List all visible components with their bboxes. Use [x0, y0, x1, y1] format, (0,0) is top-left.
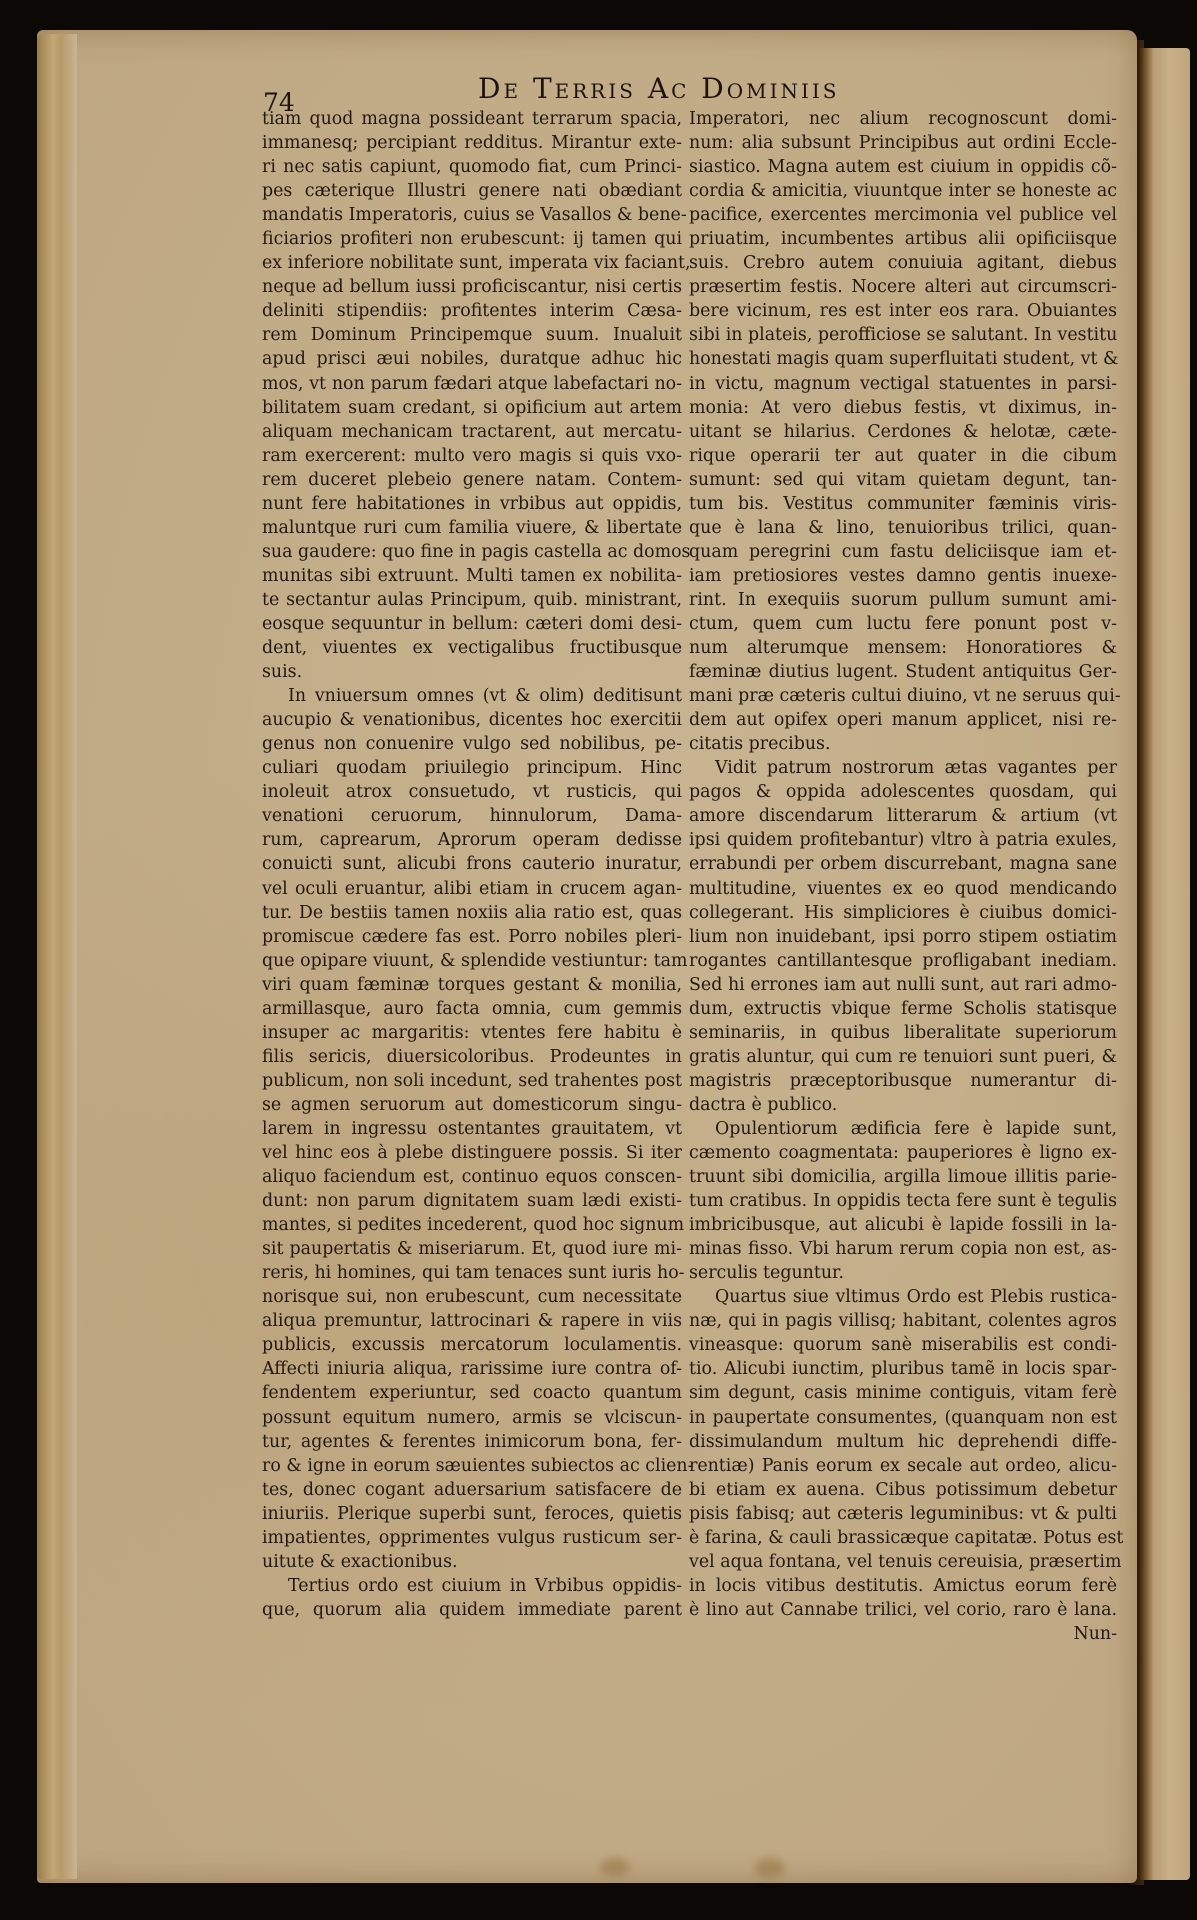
paper-stain [600, 1858, 630, 1876]
text-line: Vidit patrum nostrorum ætas vagantes per [689, 756, 1117, 780]
text-line: cordia & amicitia, viuuntque inter se ho… [689, 179, 1117, 203]
text-line: Affecti iniuria aliqua, rarissime iure c… [262, 1357, 682, 1381]
text-line: è lino aut Cannabe trilici, vel corio, r… [689, 1598, 1117, 1622]
text-line: dunt: non parum dignitatem suam lædi exi… [262, 1189, 682, 1213]
text-line: munitas sibi extruunt. Multi tamen ex no… [262, 564, 682, 588]
text-line: te sectantur aulas Principum, quib. mini… [262, 588, 682, 612]
text-line: culiari quodam priuilegio principum. Hin… [262, 756, 682, 780]
text-line: Imperatori, nec alium recognoscunt domi- [689, 107, 1117, 131]
text-line: bere vicinum, res est inter eos rara. Ob… [689, 299, 1117, 323]
next-page-edge [1138, 48, 1190, 1880]
text-line: fæminæ diutius lugent. Student antiquitu… [689, 660, 1117, 684]
text-line: publicum, non soli incedunt, sed trahent… [262, 1069, 682, 1093]
text-line: inoleuit atrox consuetudo, vt rusticis, … [262, 780, 682, 804]
catchword: Nun- [689, 1622, 1117, 1646]
text-line: tiam quod magna possideant terrarum spac… [262, 107, 682, 131]
text-line: armillasque, auro facta omnia, cum gemmi… [262, 997, 682, 1021]
text-line: filis sericis, diuersicoloribus. Prodeun… [262, 1045, 682, 1069]
text-line: larem in ingressu ostentantes grauitatem… [262, 1117, 682, 1141]
text-line: sua gaudere: quo fine in pagis castella … [262, 540, 682, 564]
text-line: Opulentiorum ædificia fere è lapide sunt… [689, 1117, 1117, 1141]
text-line: in paupertate consumentes, (quanquam non… [689, 1406, 1117, 1430]
text-line: tio. Alicubi iunctim, pluribus tamẽ in l… [689, 1357, 1117, 1381]
text-line: viri quam fæminæ torques gestant & monil… [262, 973, 682, 997]
text-line: vineasque: quorum sanè miserabilis est c… [689, 1333, 1117, 1357]
text-line: num: alia subsunt Principibus aut ordini… [689, 131, 1117, 155]
text-line: ipsi quidem profitebantur) vltro à patri… [689, 828, 1117, 852]
text-line: vel oculi eruantur, alibi etiam in cruce… [262, 877, 682, 901]
text-line: impatientes, opprimentes vulgus rusticum… [262, 1526, 682, 1550]
text-line: dent, viuentes ex vectigalibus fructibus… [262, 636, 682, 660]
text-line: mani præ cæteris cultui diuino, vt ne se… [689, 684, 1117, 708]
text-line: magistris præceptoribusque numerantur di… [689, 1069, 1117, 1093]
text-line: publicis, excussis mercatorum loculament… [262, 1333, 682, 1357]
text-line: rum, caprearum, Aprorum operam dedisse [262, 828, 682, 852]
text-line: minas fisso. Vbi harum rerum copia non e… [689, 1237, 1117, 1261]
text-line: rint. In exequiis suorum pullum sumunt a… [689, 588, 1117, 612]
text-line: aliquo faciendum est, continuo equos con… [262, 1165, 682, 1189]
text-line: Tertius ordo est ciuium in Vrbibus oppid… [262, 1574, 682, 1598]
text-line: rogantes cantillantesque profligabant in… [689, 949, 1117, 973]
text-line: aliqua premuntur, lattrocinari & rapere … [262, 1309, 682, 1333]
text-line: tes, donec cogant aduersarium satisfacer… [262, 1478, 682, 1502]
text-line: fendentem experiuntur, sed coacto quantu… [262, 1381, 682, 1405]
text-line: vel aqua fontana, vel tenuis cereuisia, … [689, 1550, 1117, 1574]
text-line: tum cratibus. In oppidis tecta fere sunt… [689, 1189, 1117, 1213]
text-line: uitute & exactionibus. [262, 1550, 682, 1574]
text-line: sibi in plateis, perofficiose se salutan… [689, 323, 1117, 347]
text-line: insuper ac margaritis: vtentes fere habi… [262, 1021, 682, 1045]
text-line: bilitatem suam credant, si opificium aut… [262, 396, 682, 420]
text-line: num alterumque mensem: Honoratiores & [689, 636, 1117, 660]
text-line: lium non inuidebant, ipsi porro stipem o… [689, 925, 1117, 949]
text-line: Sed hi errones iam aut nulli sunt, aut r… [689, 973, 1117, 997]
text-line: deliniti stipendiis: profitentes interim… [262, 299, 682, 323]
text-line: que, quorum alia quidem immediate parent [262, 1598, 682, 1622]
text-line: dactra è publico. [689, 1093, 1117, 1117]
text-line: suis. Crebro autem conuiuia agitant, die… [689, 251, 1117, 275]
text-line: tur. De bestiis tamen noxiis alia ratio … [262, 901, 682, 925]
text-line: ram exercerent: multo vero magis si quis… [262, 444, 682, 468]
text-line: promiscue cædere fas est. Porro nobiles … [262, 925, 682, 949]
text-line: collegerant. His simpliciores è ciuibus … [689, 901, 1117, 925]
text-line: pagos & oppida adolescentes quosdam, qui [689, 780, 1117, 804]
text-line: possunt equitum numero, armis se vlciscu… [262, 1406, 682, 1430]
text-line: ex inferiore nobilitate sunt, imperata v… [262, 251, 682, 275]
text-line: multitudine, viuentes ex eo quod mendica… [689, 877, 1117, 901]
text-line: sit paupertatis & miseriarum. Et, quod i… [262, 1237, 682, 1261]
text-line: in locis vitibus destitutis. Amictus eor… [689, 1574, 1117, 1598]
text-line: que è lana & lino, tenuioribus trilici, … [689, 516, 1117, 540]
text-line: neque ad bellum iussi proficiscantur, ni… [262, 275, 682, 299]
text-line: è farina, & cauli brassicæque capitatæ. … [689, 1526, 1117, 1550]
text-line: rem duceret plebeio genere natam. Contem… [262, 468, 682, 492]
text-line: ri nec satis capiunt, quomodo fiat, cum … [262, 155, 682, 179]
text-line: pisis fabisq; aut cæteris leguminibus: v… [689, 1502, 1117, 1526]
text-line: maluntque ruri cum familia viuere, & lib… [262, 516, 682, 540]
page-gutter [37, 34, 77, 1879]
text-line: tur, agentes & ferentes inimicorum bona,… [262, 1430, 682, 1454]
text-line: se agmen seruorum aut domesticorum singu… [262, 1093, 682, 1117]
text-line: ficiarios profiteri non erubescunt: ij t… [262, 227, 682, 251]
text-line: pacifice, exercentes mercimonia vel publ… [689, 203, 1117, 227]
text-line: suis. [262, 660, 682, 684]
running-title: De Terris Ac Dominiis [478, 72, 840, 105]
text-line: dissimulandum multum hic deprehendi diff… [689, 1430, 1117, 1454]
text-line: iniuriis. Plerique superbi sunt, feroces… [262, 1502, 682, 1526]
text-line: pes cæterique Illustri genere nati obædi… [262, 179, 682, 203]
text-line: venationi ceruorum, hinnulorum, Dama- [262, 804, 682, 828]
text-line: eosque sequuntur in bellum: cæteri domi … [262, 612, 682, 636]
text-line: vel hinc eos à plebe distinguere possis.… [262, 1141, 682, 1165]
text-line: ro & igne in eorum sæuientes subiectos a… [262, 1454, 682, 1478]
text-line: imbricibusque, aut alicubi è lapide foss… [689, 1213, 1117, 1237]
text-line: tum bis. Vestitus communiter fæminis vir… [689, 492, 1117, 516]
text-line: mandatis Imperatoris, cuius se Vasallos … [262, 203, 682, 227]
text-line: uitant se hilarius. Cerdones & helotæ, c… [689, 420, 1117, 444]
paper-stain [755, 1858, 785, 1878]
text-column-right: Imperatori, nec alium recognoscunt domi-… [689, 107, 1117, 1646]
text-line: truunt sibi domicilia, argilla limoue il… [689, 1165, 1117, 1189]
text-line: quam peregrini cum fastu deliciisque iam… [689, 540, 1117, 564]
text-line: cæmento coagmentata: pauperiores è ligno… [689, 1141, 1117, 1165]
text-line: que opipare viuunt, & splendide vestiunt… [262, 949, 682, 973]
text-line: apud prisci æui nobiles, duratque adhuc … [262, 347, 682, 371]
text-line: rique operarii ter aut quater in die cib… [689, 444, 1117, 468]
text-line: siastico. Magna autem est ciuium in oppi… [689, 155, 1117, 179]
text-line: rem Dominum Principemque suum. Inualuit [262, 323, 682, 347]
text-line: reris, hi homines, qui tam tenaces sunt … [262, 1261, 682, 1285]
text-line: dum, extructis vbique ferme Scholis stat… [689, 997, 1117, 1021]
text-line: norisque sui, non erubescunt, cum necess… [262, 1285, 682, 1309]
text-line: bi etiam ex auena. Cibus potissimum debe… [689, 1478, 1117, 1502]
text-line: immanesq; percipiant redditus. Mirantur … [262, 131, 682, 155]
text-line: dem aut opifex operi manum applicet, nis… [689, 708, 1117, 732]
text-line: aliquam mechanicam tractarent, aut merca… [262, 420, 682, 444]
text-line: in victu, magnum vectigal statuentes in … [689, 372, 1117, 396]
text-line: sumunt: sed qui vitam quietam degunt, ta… [689, 468, 1117, 492]
text-line: errabundi per orbem discurrebant, magna … [689, 852, 1117, 876]
text-line: iam pretiosiores vestes damno gentis inu… [689, 564, 1117, 588]
text-line: Quartus siue vltimus Ordo est Plebis rus… [689, 1285, 1117, 1309]
text-line: gratis aluntur, qui cum re tenuiori sunt… [689, 1045, 1117, 1069]
text-line: serculis teguntur. [689, 1261, 1117, 1285]
text-line: priuatim, incumbentes artibus alii opifi… [689, 227, 1117, 251]
text-line: genus non conuenire vulgo sed nobilibus,… [262, 732, 682, 756]
text-line: amore discendarum litterarum & artium (v… [689, 804, 1117, 828]
text-line: conuicti sunt, alicubi frons cauterio in… [262, 852, 682, 876]
text-line: honestati magis quam superfluitati stude… [689, 347, 1117, 371]
text-line: citatis precibus. [689, 732, 1117, 756]
text-line: mos, vt non parum fædari atque labefacta… [262, 372, 682, 396]
text-line: sim degunt, casis minime contiguis, vita… [689, 1381, 1117, 1405]
text-line: ctum, quem cum luctu fere ponunt post v- [689, 612, 1117, 636]
text-line: nunt fere habitationes in vrbibus aut op… [262, 492, 682, 516]
text-line: aucupio & venationibus, dicentes hoc exe… [262, 708, 682, 732]
text-line: In vniuersum omnes (vt & olim) deditisun… [262, 684, 682, 708]
text-line: seminariis, in quibus liberalitate super… [689, 1021, 1117, 1045]
text-line: næ, qui in pagis villisq; habitant, cole… [689, 1309, 1117, 1333]
text-column-left: tiam quod magna possideant terrarum spac… [262, 107, 682, 1622]
text-line: præsertim festis. Nocere alteri aut circ… [689, 275, 1117, 299]
text-line: rentiæ) Panis eorum ex secale aut ordeo,… [689, 1454, 1117, 1478]
text-line: mantes, si pedites incederent, quod hoc … [262, 1213, 682, 1237]
text-line: monia: At vero diebus festis, vt diximus… [689, 396, 1117, 420]
